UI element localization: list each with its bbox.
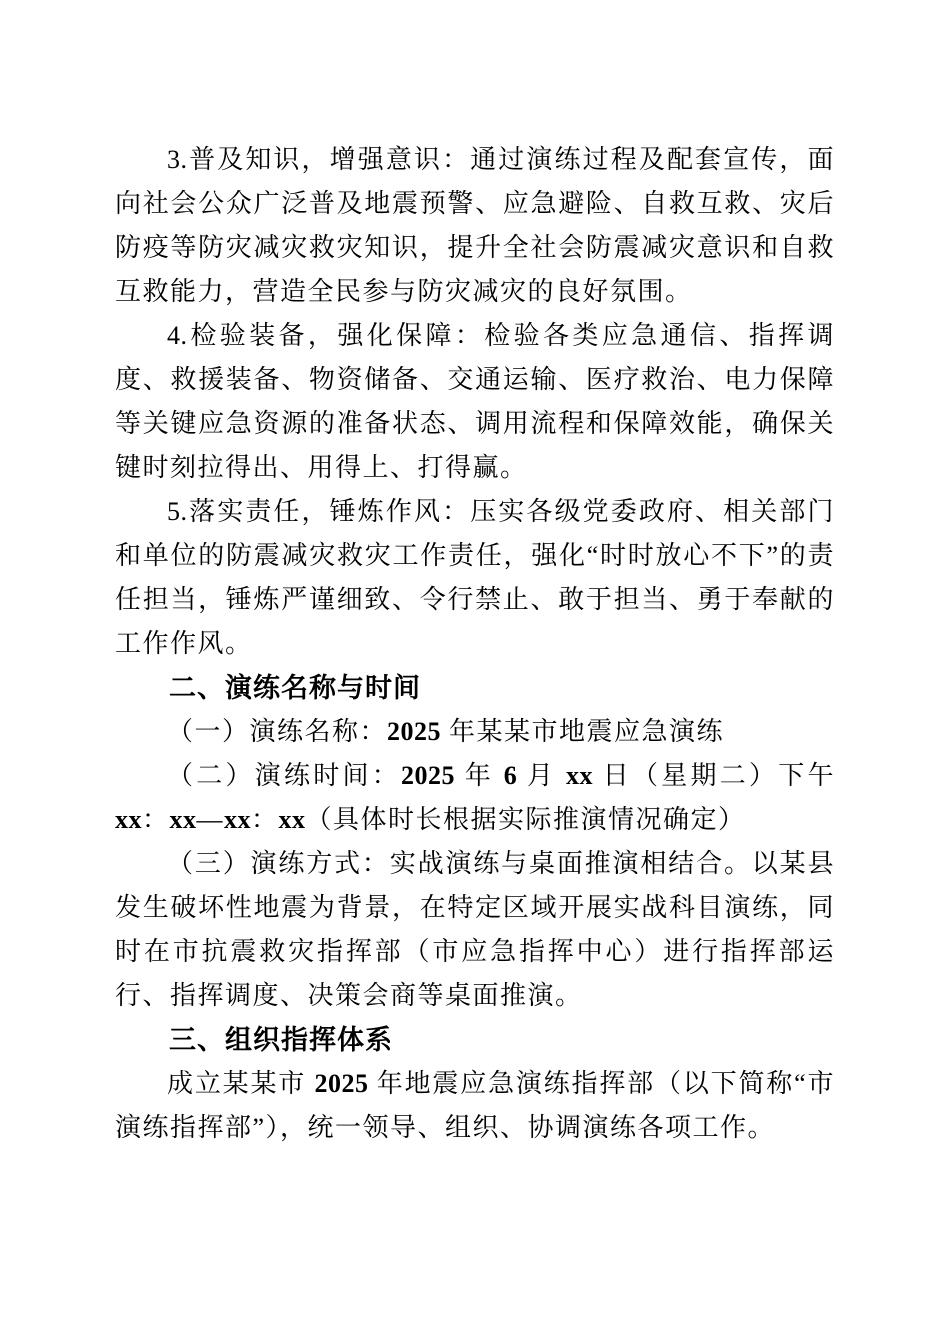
document-page: 3.普及知识，增强意识：通过演练过程及配套宣传，面向社会公众广泛普及地震预警、应…: [0, 0, 950, 1344]
sub-item-1-drill-name: （一）演练名称：2025 年某某市地震应急演练: [115, 710, 835, 754]
sub-item-3-drill-method: （三）演练方式：实战演练与桌面推演相结合。以某县发生破坏性地震为背景，在特定区域…: [115, 842, 835, 1018]
section-heading-2: 二、演练名称与时间: [115, 666, 835, 710]
document-text-block: 3.普及知识，增强意识：通过演练过程及配套宣传，面向社会公众广泛普及地震预警、应…: [115, 138, 835, 1150]
body-paragraph-command-system: 成立某某市 2025 年地震应急演练指挥部（以下简称“市演练指挥部”），统一领导…: [115, 1062, 835, 1150]
sub-item-2-drill-time: （二）演练时间：2025 年 6 月 xx 日（星期二）下午 xx：xx—xx：…: [115, 754, 835, 842]
body-paragraph-item-5: 5.落实责任，锤炼作风：压实各级党委政府、相关部门和单位的防震减灾救灾工作责任，…: [115, 490, 835, 666]
body-paragraph-item-3: 3.普及知识，增强意识：通过演练过程及配套宣传，面向社会公众广泛普及地震预警、应…: [115, 138, 835, 314]
body-paragraph-item-4: 4.检验装备，强化保障：检验各类应急通信、指挥调度、救援装备、物资储备、交通运输…: [115, 314, 835, 490]
section-heading-3: 三、组织指挥体系: [115, 1018, 835, 1062]
